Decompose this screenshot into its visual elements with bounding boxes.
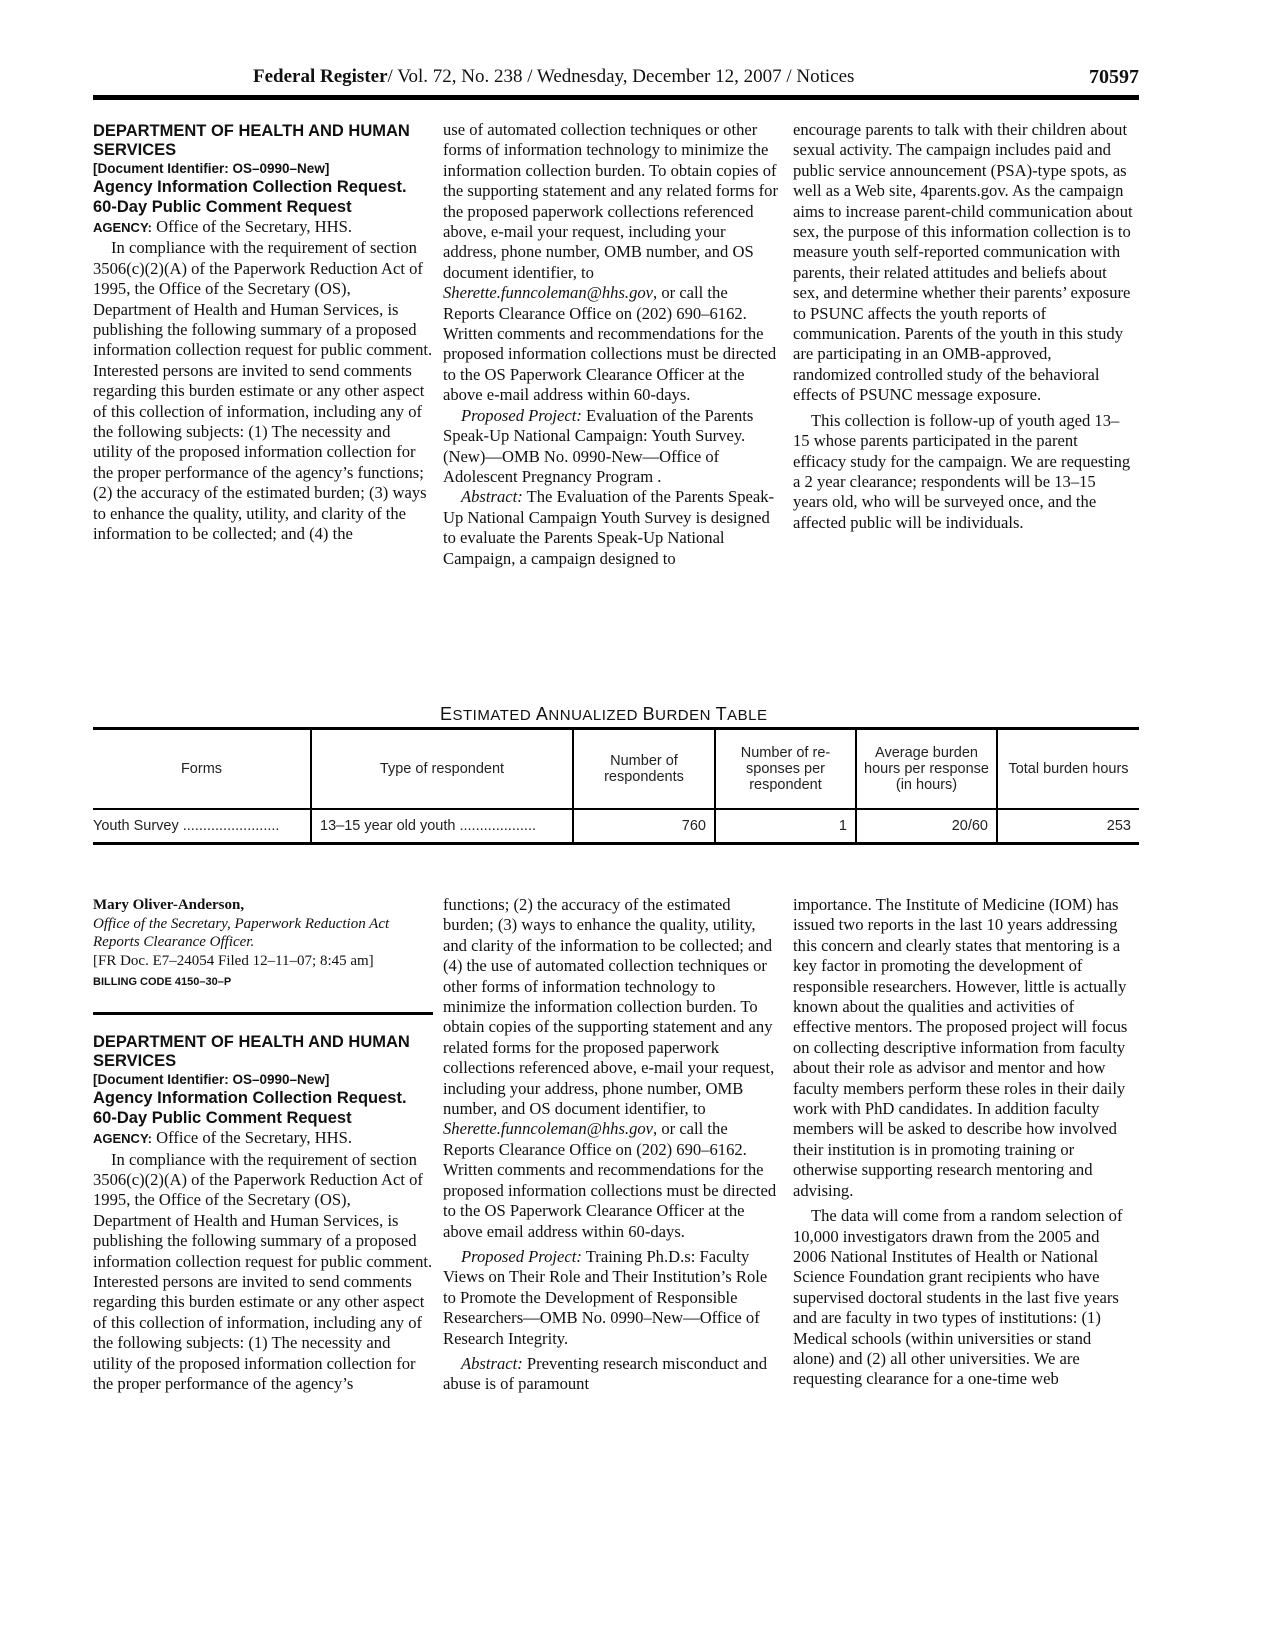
cell-respondent-type: 13–15 year old youth ................... [311,809,573,844]
column-header-responses-per-respondent: Number of re-sponses per respondent [715,729,856,810]
proposed-project-paragraph: Proposed Project: Evaluation of the Pare… [443,406,781,488]
proposed-project-paragraph: Proposed Project: Training Ph.D.s: Facul… [443,1247,781,1349]
abstract-paragraph: Abstract: Preventing research misconduct… [443,1354,781,1395]
column-header-num-respondents: Number of respondents [573,729,715,810]
cell-avg-burden: 20/60 [856,809,997,844]
agency-label: AGENCY: [93,1131,152,1146]
proposed-project-label: Proposed Project: [461,1247,582,1266]
notice1-column-2: use of automated collection techniques o… [443,120,781,569]
leader-dots: ........................ [183,818,280,834]
compliance-paragraph: In compliance with the requirement of se… [93,1150,433,1395]
header-title: Federal Register/ Vol. 72, No. 238 / Wed… [253,66,854,88]
agency-value: Office of the Secretary, HHS. [156,217,352,236]
notice-subject: Agency Information Collection Request. 6… [93,177,433,217]
abstract-paragraph: Abstract: The Evaluation of the Parents … [443,487,781,569]
data-source-paragraph: The data will come from a random selecti… [793,1206,1133,1390]
cell-total-burden: 253 [997,809,1139,844]
federal-register-page: Federal Register/ Vol. 72, No. 238 / Wed… [0,0,1275,1650]
notice1-column-3: encourage parents to talk with their chi… [793,120,1133,533]
column-header-avg-burden: Average burden hours per response (in ho… [856,729,997,810]
table-row: Youth Survey ........................ 13… [93,809,1139,844]
header-rule [93,95,1139,100]
column-header-total-burden: Total burden hours [997,729,1139,810]
agency-line: AGENCY: Office of the Secretary, HHS. [93,1128,433,1149]
agency-label: AGENCY: [93,220,152,235]
agency-line: AGENCY: Office of the Secretary, HHS. [93,217,433,238]
document-identifier: [Document Identifier: OS–0990–New] [93,1071,433,1088]
leader-dots: ................... [459,818,536,834]
abstract-continued: encourage parents to talk with their chi… [793,120,1133,406]
column-header-forms: Forms [93,729,311,810]
contact-email-link[interactable]: Sherette.funncoleman@hhs.gov [443,1119,653,1138]
abstract-label: Abstract: [461,1354,523,1373]
cell-num-respondents: 760 [573,809,715,844]
table-header-row: Forms Type of respondent Number of respo… [93,729,1139,810]
notice-separator-rule [93,1012,433,1015]
lower-column-1: Mary Oliver-Anderson, Office of the Secr… [93,895,433,1395]
billing-code: BILLING CODE 4150–30–P [93,972,433,992]
agency-value: Office of the Secretary, HHS. [156,1128,352,1147]
compliance-paragraph-continued: functions; (2) the accuracy of the estim… [443,895,781,1242]
publication-name: Federal Register [253,66,388,87]
table-title: ESTIMATED ANNUALIZED BURDEN TABLE [440,704,768,725]
department-heading: DEPARTMENT OF HEALTH AND HUMAN SERVICES [93,1033,433,1071]
column-header-respondent-type: Type of respondent [311,729,573,810]
abstract-label: Abstract: [461,487,523,506]
proposed-project-label: Proposed Project: [461,406,582,425]
signatory-title: Office of the Secretary, Paperwork Reduc… [93,915,433,951]
compliance-paragraph: In compliance with the requirement of se… [93,238,433,544]
cell-form: Youth Survey ........................ [93,809,311,844]
running-header: Federal Register/ Vol. 72, No. 238 / Wed… [93,66,1139,92]
issue-details: / Vol. 72, No. 238 / Wednesday, December… [388,66,855,87]
department-heading: DEPARTMENT OF HEALTH AND HUMAN SERVICES [93,122,433,160]
lower-column-2: functions; (2) the accuracy of the estim… [443,895,781,1395]
cell-responses-per-respondent: 1 [715,809,856,844]
abstract-continued: importance. The Institute of Medicine (I… [793,895,1133,1201]
page-number: 70597 [1089,66,1139,89]
followup-paragraph: This collection is follow-up of youth ag… [793,411,1133,533]
signatory-name: Mary Oliver-Anderson, [93,895,433,915]
contact-email-link[interactable]: Sherette.funncoleman@hhs.gov [443,283,653,302]
document-identifier: [Document Identifier: OS–0990–New] [93,160,433,177]
lower-column-3: importance. The Institute of Medicine (I… [793,895,1133,1390]
fr-doc-line: [FR Doc. E7–24054 Filed 12–11–07; 8:45 a… [93,951,433,971]
compliance-paragraph-continued: use of automated collection techniques o… [443,120,781,406]
burden-table: Forms Type of respondent Number of respo… [93,727,1139,845]
notice-subject: Agency Information Collection Request. 6… [93,1088,433,1128]
notice1-column-1: DEPARTMENT OF HEALTH AND HUMAN SERVICES … [93,122,433,545]
